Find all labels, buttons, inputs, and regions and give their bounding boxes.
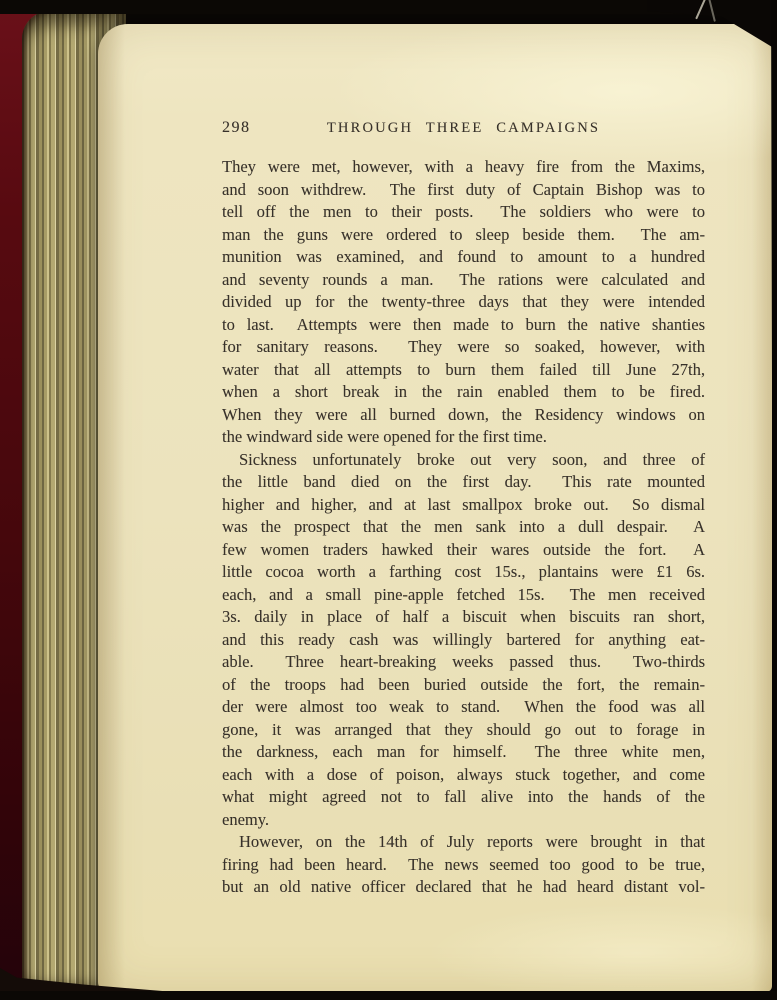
page-content: 298 THROUGH THREE CAMPAIGNS They were me… (222, 119, 705, 899)
text-line: to last. Attempts were then made to burn… (222, 314, 705, 337)
text-line: the windward side were opened for the fi… (222, 426, 705, 449)
photo-right-edge-shadow (771, 0, 777, 380)
paragraph: They were met, however, with a heavy fir… (222, 156, 705, 449)
text-line: munition was examined, and found to amou… (222, 246, 705, 269)
text-line: the darkness, each man for himself. The … (222, 741, 705, 764)
text-line: firing had been heard. The news seemed t… (222, 854, 705, 877)
text-line: When they were all burned down, the Resi… (222, 404, 705, 427)
text-line: divided up for the twenty-three days tha… (222, 291, 705, 314)
text-line: man the guns were ordered to sleep besid… (222, 224, 705, 247)
text-line: was the prospect that the men sank into … (222, 516, 705, 539)
text-line: 3s. daily in place of half a biscuit whe… (222, 606, 705, 629)
text-line: water that all attempts to burn them fai… (222, 359, 705, 382)
text-line: and soon withdrew. The first duty of Cap… (222, 179, 705, 202)
running-title: THROUGH THREE CAMPAIGNS (222, 120, 705, 137)
text-line: enemy. (222, 809, 705, 832)
book-page: 298 THROUGH THREE CAMPAIGNS They were me… (98, 24, 772, 992)
text-line: and seventy rounds a man. The rations we… (222, 269, 705, 292)
text-body: They were met, however, with a heavy fir… (222, 156, 705, 899)
text-line: each with a dose of poison, always stuck… (222, 764, 705, 787)
page-header: 298 THROUGH THREE CAMPAIGNS (222, 119, 705, 139)
text-line: der were almost too weak to stand. When … (222, 696, 705, 719)
text-line: Sickness unfortunately broke out very so… (222, 449, 705, 472)
paragraph: Sickness unfortunately broke out very so… (222, 449, 705, 832)
text-line: but an old native officer declared that … (222, 876, 705, 899)
photo-bottom-border (0, 991, 777, 1000)
text-line: tell off the men to their posts. The sol… (222, 201, 705, 224)
text-line: of the troops had been buried outside th… (222, 674, 705, 697)
text-line: gone, it was arranged that they should g… (222, 719, 705, 742)
text-line: the little band died on the first day. T… (222, 471, 705, 494)
text-line: able. Three heart-breaking weeks passed … (222, 651, 705, 674)
text-line: little cocoa worth a farthing cost 15s.,… (222, 561, 705, 584)
paragraph: However, on the 14th of July reports wer… (222, 831, 705, 899)
book-photo: 298 THROUGH THREE CAMPAIGNS They were me… (0, 0, 777, 1000)
text-line: what might agreed not to fall alive into… (222, 786, 705, 809)
text-line: for sanitary reasons. They were so soake… (222, 336, 705, 359)
text-line: few women traders hawked their wares out… (222, 539, 705, 562)
text-line: each, and a small pine-apple fetched 15s… (222, 584, 705, 607)
text-line: higher and higher, and at last smallpox … (222, 494, 705, 517)
text-line: They were met, however, with a heavy fir… (222, 156, 705, 179)
text-line: However, on the 14th of July reports wer… (222, 831, 705, 854)
text-line: when a short break in the rain enabled t… (222, 381, 705, 404)
text-line: and this ready cash was willingly barter… (222, 629, 705, 652)
